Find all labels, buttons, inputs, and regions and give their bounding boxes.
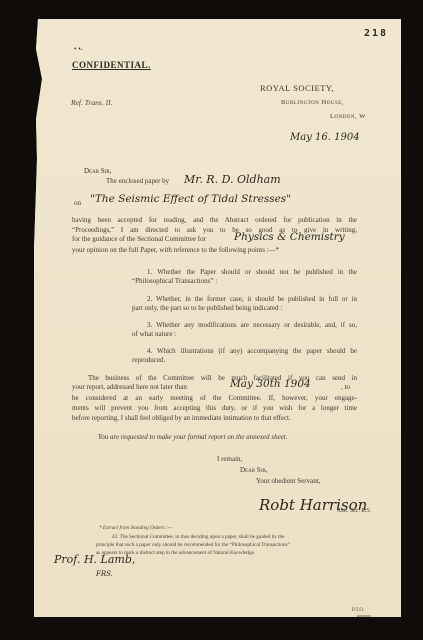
- on-label: on: [74, 199, 81, 207]
- handwritten-recipient: Prof. H. Lamb,: [54, 553, 135, 566]
- handwritten-paper-title: "The Seismic Effect of Tidal Stresses": [90, 193, 291, 205]
- intro-prefix: The enclosed paper by: [106, 177, 169, 185]
- footnote-line2: principle that such a paper only should …: [96, 542, 290, 550]
- to-suffix: , to: [341, 383, 350, 391]
- handwritten-committee: Physics & Chemistry: [234, 231, 345, 243]
- paragraph2-line4: ments will prevent you from accepting th…: [72, 403, 357, 413]
- salutation: Dear Sir,: [84, 167, 111, 175]
- paragraph1-line1: having been accepted for reading, and th…: [72, 215, 357, 225]
- point-1-line1: 1. Whether the Paper should or should no…: [147, 267, 357, 277]
- pto-label: P.T.O.: [352, 608, 364, 613]
- point-2-line1: 2. Whether, in the former case, it shoul…: [147, 294, 357, 304]
- point-4-line2: reproduced.: [132, 356, 165, 364]
- footnote-heading: * Extract from Standing Orders :—: [99, 525, 172, 533]
- point-3-line1: 3. Whether any modifications are necessa…: [147, 320, 357, 330]
- top-marks: • •-: [74, 45, 83, 53]
- point-4-line1: 4. Which illustrations (if any) accompan…: [147, 346, 357, 356]
- paragraph2-line5: before reporting, I shall feel obliged b…: [72, 413, 357, 423]
- page-number: 218: [364, 28, 388, 39]
- handwritten-date: May 16. 1904: [290, 132, 360, 143]
- paragraph1-line3: for the guidance of the Sectional Commit…: [72, 235, 206, 243]
- paragraph1-line4: your opinion on the full Paper, with ref…: [72, 246, 279, 254]
- reference: Ref. Trans. II.: [71, 98, 112, 107]
- handwritten-deadline: May 30th 1904: [230, 378, 311, 390]
- letterhead-organization: ROYAL SOCIETY,: [260, 83, 334, 93]
- footnote-line1: 42. The Sectional Committee, in thus dec…: [112, 534, 284, 542]
- letterhead-address-line2: London, W: [330, 113, 366, 120]
- closing-remain: I remain,: [217, 455, 242, 463]
- request-note: You are requested to make your formal re…: [98, 433, 288, 441]
- point-3-line2: of what nature :: [132, 330, 176, 338]
- signatory-title: Asst. Sec. R.S.: [337, 508, 371, 514]
- closing-servant: Your obedient Servant,: [256, 477, 320, 485]
- paragraph2-line1: The business of the Committee will be mu…: [88, 373, 357, 383]
- confidential-heading: CONFIDENTIAL.: [72, 60, 151, 70]
- point-2-line2: part only, the part so to be published b…: [132, 304, 282, 312]
- letterhead-address-line1: Burlington House,: [281, 99, 344, 106]
- handwritten-author: Mr. R. D. Oldham: [184, 173, 281, 186]
- letter-sheet: 218 • •- CONFIDENTIAL. Ref. Trans. II. R…: [34, 19, 401, 617]
- paragraph2-line2: your report, addressed here not later th…: [72, 383, 187, 391]
- paragraph2-line3: be considered at an early meeting of the…: [72, 393, 357, 403]
- closing-dear-sir: Dear Sir,: [240, 466, 267, 474]
- pto-arrow-icon: [356, 615, 374, 622]
- handwritten-recipient-suffix: FRS.: [96, 570, 113, 578]
- point-1-line2: “Philosophical Transactions” :: [132, 277, 217, 285]
